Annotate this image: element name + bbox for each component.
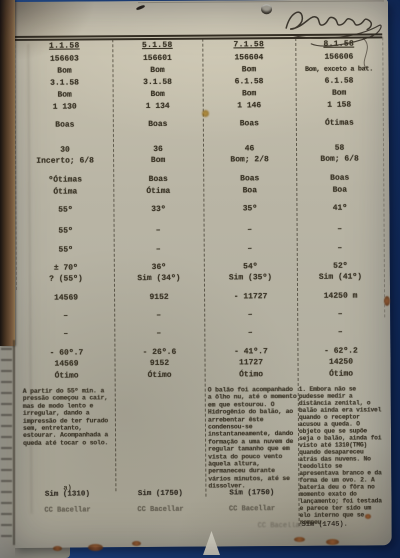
table-row: –––– xyxy=(18,327,384,349)
table-cell: CC Bacellar xyxy=(20,505,116,516)
table-cell: 7.1.58 xyxy=(202,40,295,51)
table-cell: ºÓtimas xyxy=(17,175,113,186)
table-cell: Incerto; 6/8 xyxy=(17,156,113,167)
binding-spine-edge xyxy=(0,0,15,346)
table-cell: 9152 xyxy=(114,359,204,370)
table-cell: 58 xyxy=(296,143,383,154)
rust-stain xyxy=(384,296,390,306)
table-cell: 3.1.58 xyxy=(113,78,203,89)
table-cell: 35º xyxy=(203,204,296,215)
table-cell: 41º xyxy=(296,203,383,214)
sim-time-value: Sim (1745). xyxy=(302,521,348,529)
table-row: Incerto; 6/8BomBom; 2/8Bom; 6/8 xyxy=(17,154,383,176)
table-row: ÓtimoÓtimoÓtimoÓtimo xyxy=(19,369,385,386)
table-row: 55º33º35º41º xyxy=(17,203,383,227)
table-cell: 36º xyxy=(114,263,204,274)
table-cell: Boas xyxy=(113,120,203,131)
table-cell: - 62º.2 xyxy=(297,346,384,357)
table-cell: Bom; 2/8 xyxy=(203,155,296,166)
document-page: 1.1.585.1.587.1.588.1.581566031566011566… xyxy=(8,0,392,548)
table-cell: Bom xyxy=(203,89,296,100)
table-cell: 156604 xyxy=(202,53,295,64)
officer-stamp: CC Bacellar xyxy=(258,522,304,530)
rust-stain xyxy=(294,537,305,542)
table-cell: Ótimo xyxy=(205,370,298,381)
table-cell: Bom xyxy=(112,66,202,77)
table-cell: Sim (35º) xyxy=(204,273,297,284)
table-cell: Ótimo xyxy=(115,371,205,382)
table-cell: – xyxy=(204,225,297,236)
rust-stain xyxy=(53,546,62,551)
table-cell: Ótimas xyxy=(296,118,383,129)
table-cell: CC Bacellar xyxy=(206,504,299,515)
table-cell: Bom, exceto a bat. xyxy=(295,64,382,75)
table-cell: Ótima xyxy=(113,187,203,198)
table-row: BoasBoasBoasÓtimas xyxy=(17,118,383,146)
table-cell: - 11727 xyxy=(204,292,297,303)
blurred-underpage-text xyxy=(1,348,12,543)
table-cell: - 60º.7 xyxy=(18,348,114,359)
table-cell: 156601 xyxy=(112,54,202,65)
table-cell: Ótimo xyxy=(19,371,115,382)
table-cell: – xyxy=(204,328,297,339)
table-cell: Bom xyxy=(17,90,113,101)
table-row: CC BacellarCC BacellarCC Bacellar xyxy=(20,503,386,522)
table-cell: Boa xyxy=(296,185,383,196)
table-cell: Bom xyxy=(202,65,295,76)
punch-hole xyxy=(261,4,272,14)
rust-stain xyxy=(365,514,371,519)
table-cell: Boas xyxy=(17,120,113,131)
table-cell: 156603 xyxy=(16,54,112,65)
table-cell: 54º xyxy=(204,262,297,273)
table-cell: 55º xyxy=(18,226,114,237)
table-cell xyxy=(299,503,386,504)
table-cell: Ótimo xyxy=(298,369,385,380)
table-cell: 3.1.58 xyxy=(17,78,113,89)
table-cell: Bom; 6/8 xyxy=(296,154,383,165)
table-cell: 14250 xyxy=(297,357,384,368)
table-cell: - 41º.7 xyxy=(204,347,297,358)
column-4-bottom-line: CC Bacellar Sim (1745). xyxy=(258,520,390,533)
table-cell xyxy=(298,487,385,488)
table-cell: CC Bacellar xyxy=(116,505,206,516)
table-cell: 1 146 xyxy=(203,101,296,112)
table-cell: 30 xyxy=(17,145,113,156)
table-cell: 14569 xyxy=(18,359,114,370)
table-cell: 36 xyxy=(113,145,203,156)
table-cell: 8.1.58 xyxy=(295,39,382,50)
table-cell: – xyxy=(114,226,204,237)
table-cell: – xyxy=(204,244,297,255)
table-cell: Boas xyxy=(296,173,383,184)
table-cell: – xyxy=(297,327,384,338)
table-cell: 6.1.58 xyxy=(296,76,383,87)
table-cell: 156606 xyxy=(295,52,382,63)
table-cell: 52º xyxy=(297,261,384,272)
table-cell: – xyxy=(114,329,204,340)
table-cell: ? (55º) xyxy=(18,274,114,285)
table-cell: 11727 xyxy=(204,358,297,369)
rust-stain xyxy=(88,544,103,551)
table-cell: – xyxy=(297,309,384,320)
table-cell: 33º xyxy=(113,205,203,216)
table-cell: 55º xyxy=(18,245,114,256)
table-cell: – xyxy=(114,311,204,322)
note-column-3: O balão foi acompanhado a ôlho nu, até o… xyxy=(208,386,298,490)
table-cell: 1 134 xyxy=(113,102,203,113)
table-cell: Sim (1750) xyxy=(115,489,205,500)
table-row: 55º––– xyxy=(18,224,384,246)
table-cell: Sim (1750) xyxy=(205,488,298,499)
table-cell: 5.1.58 xyxy=(112,41,202,52)
table-cell: Sim (34º) xyxy=(114,274,204,285)
table-cell: 1.1.58 xyxy=(16,41,112,52)
table-cell: 14569 xyxy=(18,293,114,304)
table-row: ? (55º)Sim (34º)Sim (35º)Sim (41º) xyxy=(18,272,384,294)
table-cell: Bom xyxy=(113,156,203,167)
table-cell: – xyxy=(297,224,384,235)
table-cell: Ótima xyxy=(17,187,113,198)
yellow-stain xyxy=(202,110,209,117)
photo-of-document: 1.1.585.1.587.1.588.1.581566031566011566… xyxy=(0,0,400,558)
table-cell: 55º xyxy=(17,205,113,216)
rust-stain xyxy=(326,539,339,545)
table-cell: Bom xyxy=(16,66,112,77)
table-cell: Boas xyxy=(203,119,296,130)
ink-mark xyxy=(136,4,145,10)
table-cell: Boa xyxy=(203,186,296,197)
table-cell: Bom xyxy=(113,90,203,101)
table-cell: 6.1.58 xyxy=(203,77,296,88)
table-cell: Bom xyxy=(296,88,383,99)
table-cell: 1 130 xyxy=(17,102,113,113)
table-cell: Sim (1310) xyxy=(19,489,115,500)
log-table-footer-rows: Sim (1310)Sim (1750)Sim (1750)CC Bacella… xyxy=(19,487,385,522)
table-cell: – xyxy=(18,329,114,340)
table-cell: - 26º.6 xyxy=(114,348,204,359)
table-cell: – xyxy=(204,310,297,321)
table-cell: – xyxy=(114,245,204,256)
table-cell: ± 70º xyxy=(18,263,114,274)
note-column-1: A partir do 55º min. a pressão começou a… xyxy=(23,387,115,447)
page-edge-shadow xyxy=(13,340,15,545)
table-cell: – xyxy=(297,243,384,254)
table-cell: 46 xyxy=(203,144,296,155)
table-cell: Sim (41º) xyxy=(297,272,384,283)
rust-stain xyxy=(132,541,141,546)
table-cell: 1 158 xyxy=(296,100,383,111)
log-table-rows: 1.1.585.1.587.1.588.1.581566031566011566… xyxy=(16,39,384,386)
table-cell: Boas xyxy=(113,175,203,186)
table-cell: 14250 m xyxy=(297,291,384,302)
table-cell: – xyxy=(18,311,114,322)
table-cell: 9152 xyxy=(114,293,204,304)
table-cell: Boas xyxy=(203,174,296,185)
